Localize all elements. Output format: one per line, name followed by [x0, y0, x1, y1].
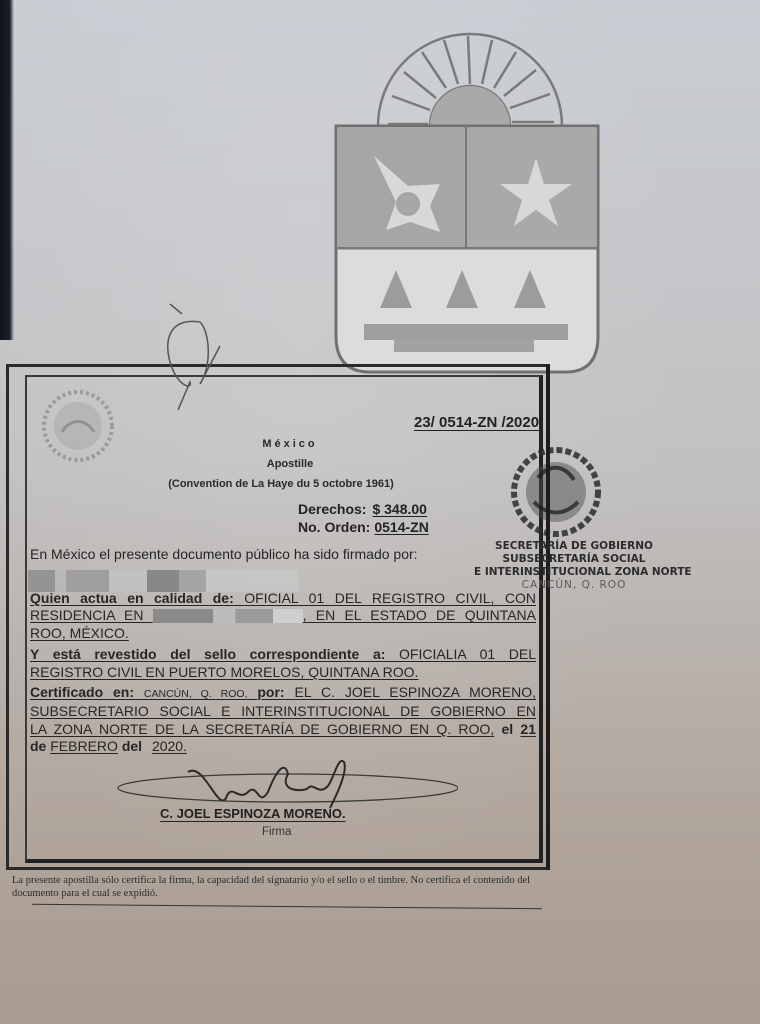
capacity-line-2: RESIDENCIA EN , EN EL ESTADO DE QUINTANA [30, 607, 536, 625]
stamp-seal-icon [508, 444, 604, 540]
order-value: 0514-ZN [374, 519, 428, 535]
certified-label: Certificado en: [30, 684, 134, 700]
country-label: México [150, 438, 430, 450]
capacity-line-3: ROO, MÉXICO. [30, 625, 536, 643]
seal-line-1: Y está revestido del sello correspondien… [30, 646, 536, 664]
certified-place: CANCÚN, Q. ROO, [144, 688, 248, 700]
capacity-line-1: Quien actua en calidad de: OFICIAL 01 DE… [30, 590, 536, 608]
fees-value: $ 348.00 [372, 501, 427, 517]
apostille-header: México Apostille (Convention de La Haye … [150, 436, 430, 490]
signer-name: C. JOEL ESPINOZA MORENO. [160, 806, 346, 821]
order-label: No. Orden: [298, 519, 370, 535]
certified-by-1: EL C. JOEL ESPINOZA MORENO, [294, 684, 536, 700]
desk-edge [0, 0, 14, 340]
certified-line-1: Certificado en: CANCÚN, Q. ROO, por: EL … [30, 684, 536, 704]
certified-line-3: LA ZONA NORTE DE LA SECRETARÍA DE GOBIER… [30, 721, 536, 739]
reference-number: 23/ 0514-ZN /2020 [414, 414, 539, 431]
date-day: 21 [520, 721, 536, 737]
date-el: el [501, 721, 513, 737]
seal-label: Y está revestido del sello correspondien… [30, 646, 385, 662]
state-text: , EN EL ESTADO DE QUINTANA [303, 607, 536, 623]
national-seal-icon [40, 388, 116, 464]
signature-label: Firma [262, 826, 291, 838]
certified-by-label: por: [257, 684, 284, 700]
seal-value-1: OFICIALIA 01 DEL [399, 646, 536, 662]
fees-block: Derechos:$ 348.00 No. Orden:0514-ZN [298, 500, 429, 536]
fees-label: Derechos: [298, 501, 366, 517]
handwritten-mark [140, 296, 250, 416]
certified-by-3: LA ZONA NORTE DE LA SECRETARÍA DE GOBIER… [30, 721, 494, 737]
apostille-title: Apostille [150, 458, 430, 470]
convention-label: (Convention de La Haye du 5 octobre 1961… [132, 478, 430, 490]
residence-label: RESIDENCIA EN [30, 607, 143, 623]
redacted-residence [153, 609, 303, 623]
frame-right-edge [546, 364, 550, 870]
footnote: La presente apostilla sólo certifica la … [12, 874, 532, 900]
coat-of-arms-icon [330, 26, 602, 378]
seal-line-2: REGISTRO CIVIL EN PUERTO MORELOS, QUINTA… [30, 664, 536, 682]
signed-intro: En México el presente documento público … [30, 546, 536, 564]
redacted-signer-name [28, 570, 298, 592]
date-de: de [30, 738, 46, 754]
certified-line-2: SUBSECRETARIO SOCIAL E INTERINSTITUCIONA… [30, 703, 536, 721]
